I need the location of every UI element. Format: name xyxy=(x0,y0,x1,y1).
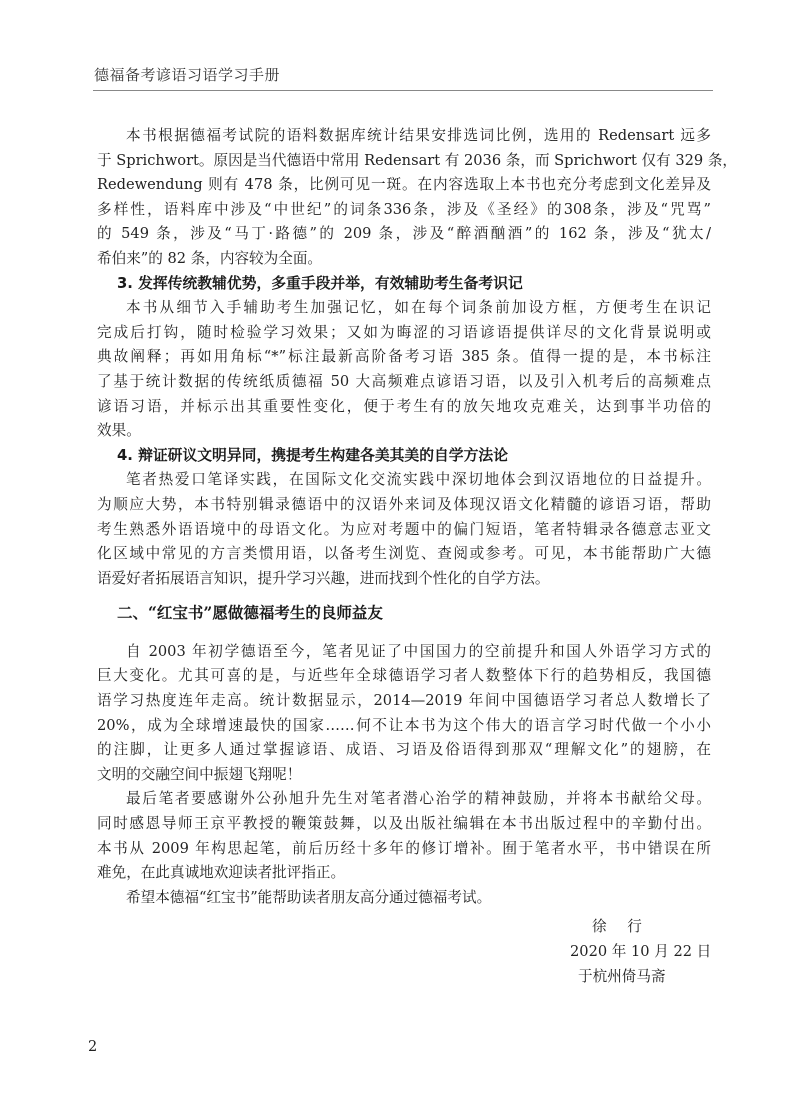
paragraph-closing-wish: 希望本德福“红宝书”能帮助读者朋友高分通过德福考试。 xyxy=(97,886,711,911)
text-line: 难免，在此真诚地欢迎读者批评指正。 xyxy=(97,861,711,886)
text-line: 本书从 2009 年构思起笔，前后历经十多年的修订增补。囿于笔者水平，书中错误在… xyxy=(97,837,711,862)
text-line: 效果。 xyxy=(97,419,711,444)
signature-block: 徐 行 2020 年 10 月 22 日 于杭州倚马斋 xyxy=(540,914,720,989)
author-name: 徐 行 xyxy=(540,914,720,939)
page-body: 本书根据德福考试院的语料数据库统计结果安排选词比例，选用的 Redensart … xyxy=(97,124,711,910)
signature-date: 2020 年 10 月 22 日 xyxy=(540,939,720,964)
text-line: 本书从细节入手辅助考生加强记忆，如在每个词条前加设方框，方便考生在识记 xyxy=(97,296,711,321)
paragraph-selection-ratio: 本书根据德福考试院的语料数据库统计结果安排选词比例，选用的 Redensart … xyxy=(97,124,711,272)
paragraph-learning-trends: 自 2003 年初学德语至今，笔者见证了中国国力的空前提升和国人外语学习方式的 … xyxy=(97,640,711,788)
paragraph-cultural-differences: 笔者热爱口笔译实践，在国际文化交流实践中深切地体会到汉语地位的日益提升。 为顺应… xyxy=(97,468,711,591)
text-line: 化区域中常见的方言类惯用语，以备考生浏览、查阅或参考。可见，本书能帮助广大德 xyxy=(97,542,711,567)
header-rule xyxy=(93,90,713,91)
text-line: 同时感恩导师王京平教授的鞭策鼓舞，以及出版社编辑在本书出版过程中的辛勤付出。 xyxy=(97,812,711,837)
text-line: 考生熟悉外语语境中的母语文化。为应对考题中的偏门短语，笔者特辑录各德意志亚文 xyxy=(97,518,711,543)
text-line: 为顺应大势，本书特别辑录德语中的汉语外来词及体现汉语文化精髓的谚语习语，帮助 xyxy=(97,493,711,518)
text-line: 巨大变化。尤其可喜的是，与近些年全球德语学习者人数整体下行的趋势相反，我国德 xyxy=(97,664,711,689)
text-line: Redewendung 则有 478 条，比例可见一斑。在内容选取上本书也充分考… xyxy=(97,173,711,198)
paragraph-acknowledgements: 最后笔者要感谢外公孙旭升先生对笔者潜心治学的精神鼓励，并将本书献给父母。 同时感… xyxy=(97,787,711,885)
text-line: 最后笔者要感谢外公孙旭升先生对笔者潜心治学的精神鼓励，并将本书献给父母。 xyxy=(97,787,711,812)
section-heading-2: 二、“红宝书”愿做德福考生的良师益友 xyxy=(97,601,711,626)
page-number: 2 xyxy=(88,1039,97,1055)
text-line: 20%，成为全球增速最快的国家……何不让本书为这个伟大的语言学习时代做一个小小 xyxy=(97,714,711,739)
text-line: 文明的交融空间中振翅飞翔呢！ xyxy=(97,763,711,788)
paragraph-memory-aids: 本书从细节入手辅助考生加强记忆，如在每个词条前加设方框，方便考生在识记 完成后打… xyxy=(97,296,711,444)
text-line: 希望本德福“红宝书”能帮助读者朋友高分通过德福考试。 xyxy=(97,886,711,911)
text-line: 本书根据德福考试院的语料数据库统计结果安排选词比例，选用的 Redensart … xyxy=(97,124,711,149)
text-line: 完成后打钩，随时检验学习效果；又如为晦涩的习语谚语提供详尽的文化背景说明或 xyxy=(97,321,711,346)
text-line: 典故阐释；再如用角标“*”标注最新高阶备考习语 385 条。值得一提的是，本书标… xyxy=(97,345,711,370)
text-line: 的注脚，让更多人通过掌握谚语、成语、习语及俗语得到那双“理解文化”的翅膀，在 xyxy=(97,738,711,763)
subheading-4: 4. 辩证研议文明异同，携提考生构建各美其美的自学方法论 xyxy=(97,444,711,469)
running-head-title: 德福备考谚语习语学习手册 xyxy=(94,64,280,85)
text-line: 的 549 条，涉及“马丁·路德”的 209 条，涉及“醉酒酗酒”的 162 条… xyxy=(97,222,711,247)
text-line: 于 Sprichwort。原因是当代德语中常用 Redensart 有 2036… xyxy=(97,149,711,174)
text-line: 语爱好者拓展语言知识，提升学习兴趣，进而找到个性化的自学方法。 xyxy=(97,567,711,592)
subheading-3: 3. 发挥传统教辅优势，多重手段并举，有效辅助考生备考识记 xyxy=(97,272,711,297)
text-line: 笔者热爱口笔译实践，在国际文化交流实践中深切地体会到汉语地位的日益提升。 xyxy=(97,468,711,493)
text-line: 语学习热度连年走高。统计数据显示，2014—2019 年间中国德语学习者总人数增… xyxy=(97,689,711,714)
text-line: 自 2003 年初学德语至今，笔者见证了中国国力的空前提升和国人外语学习方式的 xyxy=(97,640,711,665)
text-line: 希伯来”的 82 条，内容较为全面。 xyxy=(97,247,711,272)
signature-place: 于杭州倚马斋 xyxy=(540,964,720,989)
text-line: 多样性，语料库中涉及“中世纪”的词条336条，涉及《圣经》的308条，涉及“咒骂… xyxy=(97,198,711,223)
text-line: 谚语习语，并标示出其重要性变化，便于考生有的放矢地攻克难关，达到事半功倍的 xyxy=(97,395,711,420)
text-line: 了基于统计数据的传统纸质德福 50 大高频难点谚语习语，以及引入机考后的高频难点 xyxy=(97,370,711,395)
